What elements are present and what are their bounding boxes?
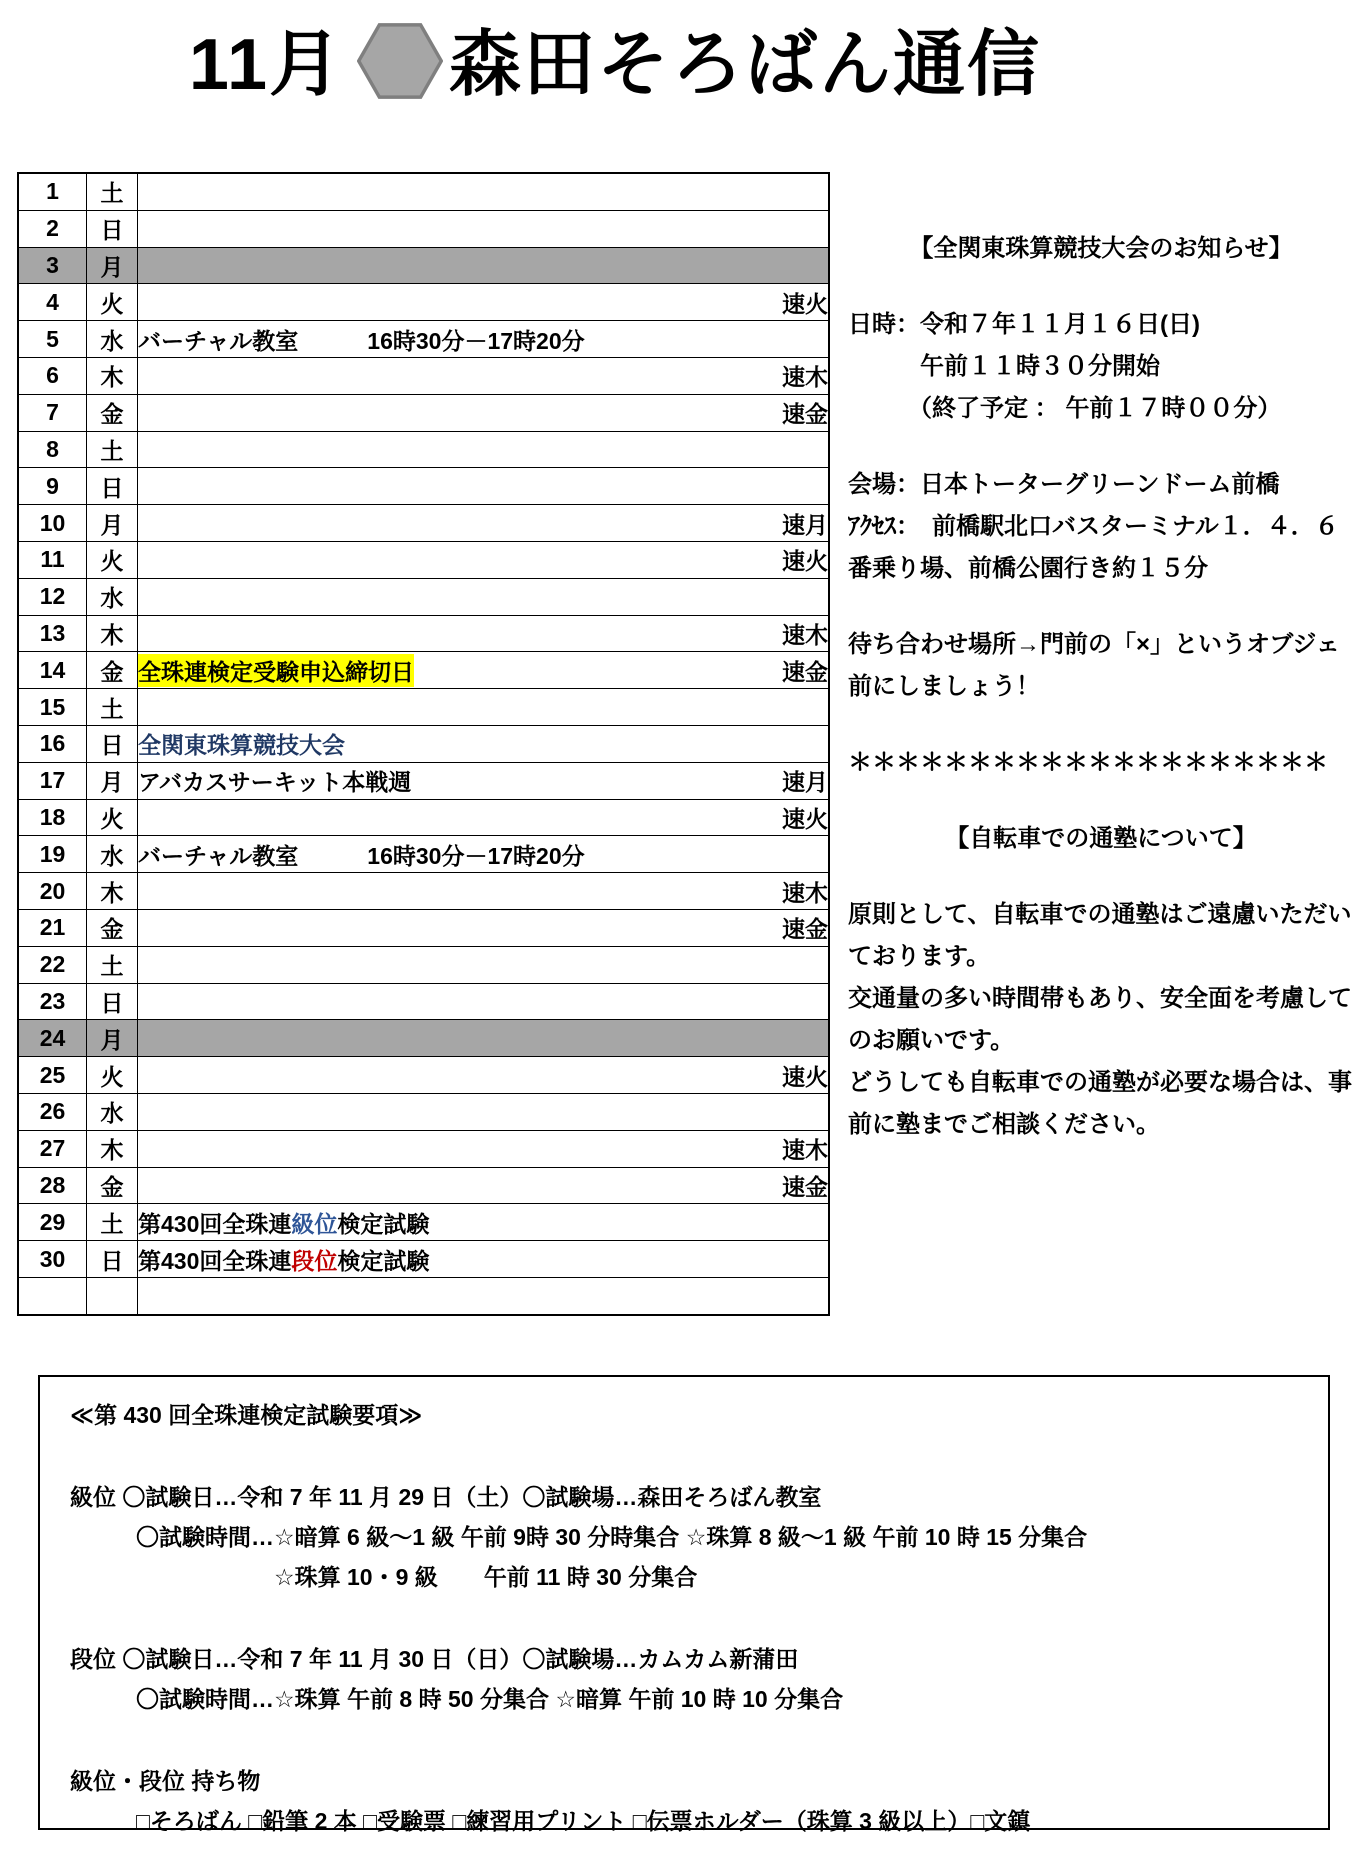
calendar-event-wrap: 速木 xyxy=(138,359,828,392)
calendar-event-cell xyxy=(138,1277,830,1314)
panel-spacer xyxy=(848,590,1354,624)
panel-line: 待ち合わせ場所→門前の「×」というオブジェ前にしましょう！ xyxy=(848,624,1354,708)
exam-line: 〇試験時間…☆珠算 午前 8 時 50 分集合 ☆暗算 午前 10 時 10 分… xyxy=(70,1679,1318,1719)
speed-class-label: 速木 xyxy=(782,875,828,908)
calendar-row: 21金速金 xyxy=(18,909,829,946)
calendar-row: 1土 xyxy=(18,173,829,210)
calendar-weekday-cell: 日 xyxy=(87,725,138,762)
calendar-row xyxy=(18,1277,829,1314)
calendar-weekday-cell: 月 xyxy=(87,505,138,542)
panel-line: 原則として、自転車での通塾はご遠慮いただいております。 xyxy=(848,894,1354,978)
calendar-weekday-cell: 日 xyxy=(87,468,138,505)
calendar-event-cell xyxy=(138,578,830,615)
calendar-weekday-cell: 土 xyxy=(87,946,138,983)
panel-line: 【全関東珠算競技大会のお知らせ】 xyxy=(848,228,1354,270)
exam-line: 〇試験時間…☆暗算 6 級～1 級 午前 9時 30 分時集合 ☆珠算 8 級～… xyxy=(70,1517,1318,1557)
calendar-day-cell: 28 xyxy=(18,1167,87,1204)
calendar-row: 4火速火 xyxy=(18,284,829,321)
calendar-event-wrap: アバカスサーキット本戦週速月 xyxy=(138,764,828,797)
calendar-event-text: 第430回全珠連 xyxy=(138,1206,291,1239)
calendar-event-cell xyxy=(138,983,830,1020)
calendar-event-cell: 全珠連検定受験申込締切日速金 xyxy=(138,652,830,689)
calendar-row: 18火速火 xyxy=(18,799,829,836)
calendar-event-wrap: バーチャル教室 16時30分－17時20分 xyxy=(138,838,828,871)
calendar-day-cell xyxy=(18,1277,87,1314)
calendar-weekday-cell: 火 xyxy=(87,799,138,836)
exam-spacer xyxy=(70,1719,1318,1761)
calendar-event-cell xyxy=(138,1020,830,1057)
calendar-weekday-cell: 水 xyxy=(87,578,138,615)
calendar-event-cell: 速木 xyxy=(138,873,830,910)
calendar-event-cell xyxy=(138,247,830,284)
calendar-row: 13木速木 xyxy=(18,615,829,652)
calendar-event-text: 検定試験 xyxy=(337,1206,429,1239)
panel-line: 会場：日本トーターグリーンドーム前橋 xyxy=(848,464,1354,506)
calendar-day-cell: 6 xyxy=(18,357,87,394)
calendar-weekday-cell: 日 xyxy=(87,210,138,247)
calendar-row: 23日 xyxy=(18,983,829,1020)
calendar-row: 15土 xyxy=(18,689,829,726)
calendar-day-cell: 24 xyxy=(18,1020,87,1057)
calendar-event-text: バーチャル教室 16時30分－17時20分 xyxy=(138,838,585,871)
speed-class-label: 速火 xyxy=(782,286,828,319)
calendar-weekday-cell: 火 xyxy=(87,284,138,321)
speed-class-label: 速金 xyxy=(782,911,828,944)
calendar-event-cell: 速火 xyxy=(138,1057,830,1094)
calendar-row: 6木速木 xyxy=(18,357,829,394)
calendar-event-text: 第430回全珠連 xyxy=(138,1243,291,1276)
calendar-event-wrap: 速火 xyxy=(138,1059,828,1092)
calendar-event-cell: 速火 xyxy=(138,284,830,321)
speed-class-label: 速金 xyxy=(782,654,828,687)
calendar-row: 8土 xyxy=(18,431,829,468)
calendar-event-text: 検定試験 xyxy=(337,1243,429,1276)
calendar-event-wrap: 速木 xyxy=(138,875,828,908)
calendar-event-cell xyxy=(138,431,830,468)
calendar-event-text: 段位 xyxy=(291,1243,337,1276)
panel-line: 午前１１時３０分開始 xyxy=(848,346,1354,388)
calendar-day-cell: 27 xyxy=(18,1130,87,1167)
speed-class-label: 速月 xyxy=(782,507,828,540)
calendar-weekday-cell: 月 xyxy=(87,762,138,799)
calendar-day-cell: 7 xyxy=(18,394,87,431)
calendar-event-text: 級位 xyxy=(291,1206,337,1239)
calendar-event-cell: 全関東珠算競技大会 xyxy=(138,725,830,762)
calendar-weekday-cell: 木 xyxy=(87,1130,138,1167)
calendar-event-wrap: 速木 xyxy=(138,1132,828,1165)
calendar-day-cell: 1 xyxy=(18,173,87,210)
calendar-row: 12水 xyxy=(18,578,829,615)
panel-line: どうしても自転車での通塾が必要な場合は、事前に塾までご相談ください。 xyxy=(848,1062,1354,1146)
calendar-row: 26水 xyxy=(18,1093,829,1130)
calendar-event-cell xyxy=(138,689,830,726)
calendar-row: 27木速木 xyxy=(18,1130,829,1167)
speed-class-label: 速金 xyxy=(782,1169,828,1202)
speed-class-label: 速火 xyxy=(782,1059,828,1092)
calendar-weekday-cell: 土 xyxy=(87,431,138,468)
calendar-event-wrap: 全関東珠算競技大会 xyxy=(138,727,828,760)
calendar-row: 3月 xyxy=(18,247,829,284)
calendar-day-cell: 19 xyxy=(18,836,87,873)
calendar-event-cell: バーチャル教室 16時30分－17時20分 xyxy=(138,836,830,873)
calendar-row: 5水バーチャル教室 16時30分－17時20分 xyxy=(18,321,829,358)
calendar-day-cell: 18 xyxy=(18,799,87,836)
calendar-event-cell: アバカスサーキット本戦週速月 xyxy=(138,762,830,799)
panel-line: 【自転車での通塾について】 xyxy=(848,818,1354,860)
calendar-event-wrap: 速月 xyxy=(138,507,828,540)
calendar-event-wrap: 速火 xyxy=(138,801,828,834)
calendar-weekday-cell: 月 xyxy=(87,247,138,284)
calendar-day-cell: 9 xyxy=(18,468,87,505)
panel-spacer xyxy=(848,270,1354,304)
calendar-row: 30日第430回全珠連段位検定試験 xyxy=(18,1241,829,1278)
calendar-event-cell: 速火 xyxy=(138,541,830,578)
calendar-weekday-cell: 日 xyxy=(87,1241,138,1278)
panel-line: 日時：令和７年１１月１６日(日) xyxy=(848,304,1354,346)
calendar-row: 19水バーチャル教室 16時30分－17時20分 xyxy=(18,836,829,873)
calendar-event-text: バーチャル教室 16時30分－17時20分 xyxy=(138,323,585,356)
calendar-event-cell xyxy=(138,173,830,210)
panel-spacer xyxy=(848,860,1354,894)
calendar-weekday-cell: 木 xyxy=(87,615,138,652)
calendar-event-cell: 第430回全珠連級位検定試験 xyxy=(138,1204,830,1241)
exam-spacer xyxy=(70,1435,1318,1477)
calendar-row: 16日全関東珠算競技大会 xyxy=(18,725,829,762)
exam-line: 段位 〇試験日…令和 7 年 11 月 30 日（日）〇試験場…カムカム新蒲田 xyxy=(70,1639,1318,1679)
panel-spacer xyxy=(848,784,1354,818)
speed-class-label: 速月 xyxy=(782,764,828,797)
calendar-event-cell: 速木 xyxy=(138,1130,830,1167)
speed-class-label: 速木 xyxy=(782,1132,828,1165)
calendar-day-cell: 8 xyxy=(18,431,87,468)
calendar-event-wrap: 第430回全珠連級位検定試験 xyxy=(138,1206,828,1239)
calendar-row: 14金全珠連検定受験申込締切日速金 xyxy=(18,652,829,689)
calendar-day-cell: 30 xyxy=(18,1241,87,1278)
exam-spacer xyxy=(70,1597,1318,1639)
calendar-event-cell xyxy=(138,1093,830,1130)
calendar-event-cell: 速金 xyxy=(138,1167,830,1204)
calendar-day-cell: 11 xyxy=(18,541,87,578)
calendar-row: 7金速金 xyxy=(18,394,829,431)
announcements-panel: 【全関東珠算競技大会のお知らせ】日時：令和７年１１月１６日(日) 午前１１時３０… xyxy=(848,228,1354,1146)
calendar-day-cell: 2 xyxy=(18,210,87,247)
calendar-weekday-cell: 土 xyxy=(87,1204,138,1241)
calendar-day-cell: 16 xyxy=(18,725,87,762)
calendar-row: 28金速金 xyxy=(18,1167,829,1204)
calendar-row: 17月アバカスサーキット本戦週速月 xyxy=(18,762,829,799)
exam-line: ≪第 430 回全珠連検定試験要項≫ xyxy=(70,1395,1318,1435)
calendar-row: 29土第430回全珠連級位検定試験 xyxy=(18,1204,829,1241)
calendar-table: 1土2日3月4火速火5水バーチャル教室 16時30分－17時20分6木速木7金速… xyxy=(17,172,830,1316)
panel-spacer xyxy=(848,430,1354,464)
calendar-day-cell: 20 xyxy=(18,873,87,910)
speed-class-label: 速木 xyxy=(782,617,828,650)
calendar-weekday-cell: 木 xyxy=(87,873,138,910)
calendar-day-cell: 22 xyxy=(18,946,87,983)
calendar-row: 11火速火 xyxy=(18,541,829,578)
calendar-row: 2日 xyxy=(18,210,829,247)
calendar-weekday-cell: 土 xyxy=(87,689,138,726)
speed-class-label: 速金 xyxy=(782,396,828,429)
calendar-day-cell: 21 xyxy=(18,909,87,946)
calendar-event-cell xyxy=(138,946,830,983)
calendar-row: 10月速月 xyxy=(18,505,829,542)
calendar-day-cell: 13 xyxy=(18,615,87,652)
calendar-row: 20木速木 xyxy=(18,873,829,910)
speed-class-label: 速火 xyxy=(782,543,828,576)
calendar-event-cell: 速木 xyxy=(138,357,830,394)
calendar-event-text: 全関東珠算競技大会 xyxy=(138,727,345,760)
speed-class-label: 速木 xyxy=(782,359,828,392)
calendar-day-cell: 15 xyxy=(18,689,87,726)
calendar-day-cell: 5 xyxy=(18,321,87,358)
calendar-day-cell: 25 xyxy=(18,1057,87,1094)
calendar-event-wrap: 速木 xyxy=(138,617,828,650)
calendar-event-cell xyxy=(138,210,830,247)
calendar-weekday-cell xyxy=(87,1277,138,1314)
calendar-body: 1土2日3月4火速火5水バーチャル教室 16時30分－17時20分6木速木7金速… xyxy=(18,173,829,1315)
panel-line: ＊＊＊＊＊＊＊＊＊＊＊＊＊＊＊＊＊＊＊＊ xyxy=(848,742,1354,784)
calendar-weekday-cell: 金 xyxy=(87,909,138,946)
calendar-day-cell: 23 xyxy=(18,983,87,1020)
calendar-day-cell: 3 xyxy=(18,247,87,284)
calendar-event-cell: 第430回全珠連段位検定試験 xyxy=(138,1241,830,1278)
calendar-event-cell: 速木 xyxy=(138,615,830,652)
calendar-weekday-cell: 水 xyxy=(87,1093,138,1130)
calendar-weekday-cell: 金 xyxy=(87,394,138,431)
calendar-event-text: アバカスサーキット本戦週 xyxy=(138,764,411,797)
panel-spacer xyxy=(848,708,1354,742)
calendar-weekday-cell: 土 xyxy=(87,173,138,210)
calendar-weekday-cell: 木 xyxy=(87,357,138,394)
newsletter-title: 11月森田そろばん通信 xyxy=(0,6,1230,110)
calendar-weekday-cell: 火 xyxy=(87,1057,138,1094)
calendar-event-wrap: 全珠連検定受験申込締切日速金 xyxy=(138,654,828,687)
calendar-row: 24月 xyxy=(18,1020,829,1057)
calendar-day-cell: 10 xyxy=(18,505,87,542)
calendar-row: 22土 xyxy=(18,946,829,983)
hexagon-icon xyxy=(357,23,443,99)
calendar-event-cell: 速火 xyxy=(138,799,830,836)
calendar-weekday-cell: 火 xyxy=(87,541,138,578)
calendar-event-text: 全珠連検定受験申込締切日 xyxy=(138,654,414,687)
calendar-weekday-cell: 日 xyxy=(87,983,138,1020)
calendar-weekday-cell: 金 xyxy=(87,652,138,689)
title-month: 11月 xyxy=(189,25,343,105)
exam-line: ☆珠算 10・9 級 午前 11 時 30 分集合 xyxy=(70,1557,1318,1597)
calendar-row: 25火速火 xyxy=(18,1057,829,1094)
calendar-event-cell: 速金 xyxy=(138,394,830,431)
speed-class-label: 速火 xyxy=(782,801,828,834)
calendar-day-cell: 12 xyxy=(18,578,87,615)
calendar-day-cell: 17 xyxy=(18,762,87,799)
exam-line: □そろばん □鉛筆 2 本 □受験票 □練習用プリント □伝票ホルダー（珠算 3… xyxy=(70,1801,1318,1841)
calendar-event-cell: 速金 xyxy=(138,909,830,946)
calendar-weekday-cell: 金 xyxy=(87,1167,138,1204)
calendar-row: 9日 xyxy=(18,468,829,505)
calendar-weekday-cell: 水 xyxy=(87,836,138,873)
calendar-event-wrap: 速金 xyxy=(138,1169,828,1202)
calendar-event-cell xyxy=(138,468,830,505)
panel-line: ｱｸｾｽ： 前橋駅北口バスターミナル１．４．６番乗り場、前橋公園行き約１５分 xyxy=(848,506,1354,590)
exam-line: 級位・段位 持ち物 xyxy=(70,1761,1318,1801)
calendar-event-cell: バーチャル教室 16時30分－17時20分 xyxy=(138,321,830,358)
calendar-weekday-cell: 水 xyxy=(87,321,138,358)
calendar-event-wrap: 速金 xyxy=(138,396,828,429)
calendar-day-cell: 4 xyxy=(18,284,87,321)
calendar-event-wrap: 速金 xyxy=(138,911,828,944)
calendar-day-cell: 14 xyxy=(18,652,87,689)
exam-line: 級位 〇試験日…令和 7 年 11 月 29 日（土）〇試験場…森田そろばん教室 xyxy=(70,1477,1318,1517)
calendar-event-wrap: バーチャル教室 16時30分－17時20分 xyxy=(138,323,828,356)
calendar-weekday-cell: 月 xyxy=(87,1020,138,1057)
calendar-event-wrap: 速火 xyxy=(138,543,828,576)
calendar-event-wrap: 第430回全珠連段位検定試験 xyxy=(138,1243,828,1276)
calendar-day-cell: 26 xyxy=(18,1093,87,1130)
panel-line: 交通量の多い時間帯もあり、安全面を考慮してのお願いです。 xyxy=(848,978,1354,1062)
calendar-event-cell: 速月 xyxy=(138,505,830,542)
calendar-day-cell: 29 xyxy=(18,1204,87,1241)
exam-info-box: ≪第 430 回全珠連検定試験要項≫級位 〇試験日…令和 7 年 11 月 29… xyxy=(38,1375,1330,1830)
panel-line: （終了予定 ： 午前１７時００分） xyxy=(848,388,1354,430)
calendar-event-wrap: 速火 xyxy=(138,286,828,319)
title-name: 森田そろばん通信 xyxy=(449,25,1041,105)
